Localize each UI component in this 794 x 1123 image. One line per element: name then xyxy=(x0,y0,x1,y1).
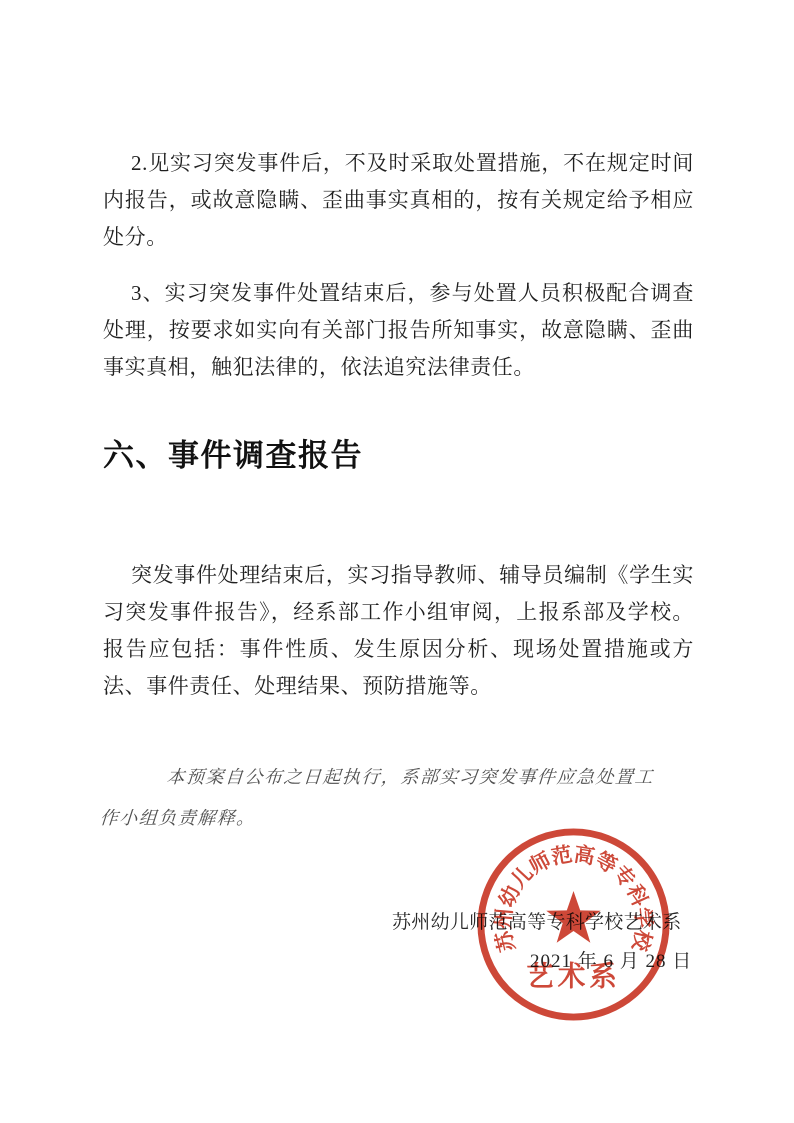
document-body: 2.见实习突发事件后，不及时采取处置措施，不在规定时间内报告，或故意隐瞒、歪曲事… xyxy=(103,0,694,724)
body-paragraph: 突发事件处理结束后，实习指导教师、辅导员编制《学生实习突发事件报告》，经系部工作… xyxy=(103,557,694,705)
body-paragraph: 3、实习突发事件处置结束后，参与处置人员积极配合调查处理，按要求如实向有关部门报… xyxy=(103,275,694,386)
body-paragraph: 2.见实习突发事件后，不及时采取处置措施，不在规定时间内报告，或故意隐瞒、歪曲事… xyxy=(103,145,694,256)
document-page: 2.见实习突发事件后，不及时采取处置措施，不在规定时间内报告，或故意隐瞒、歪曲事… xyxy=(0,0,794,1123)
seal-bottom-text: 艺术系 xyxy=(526,961,621,992)
official-seal: 苏州幼儿师范高等专科学校 艺术系 xyxy=(475,826,672,1023)
section-heading: 六、事件调查报告 xyxy=(103,435,694,477)
star-icon xyxy=(546,891,600,943)
